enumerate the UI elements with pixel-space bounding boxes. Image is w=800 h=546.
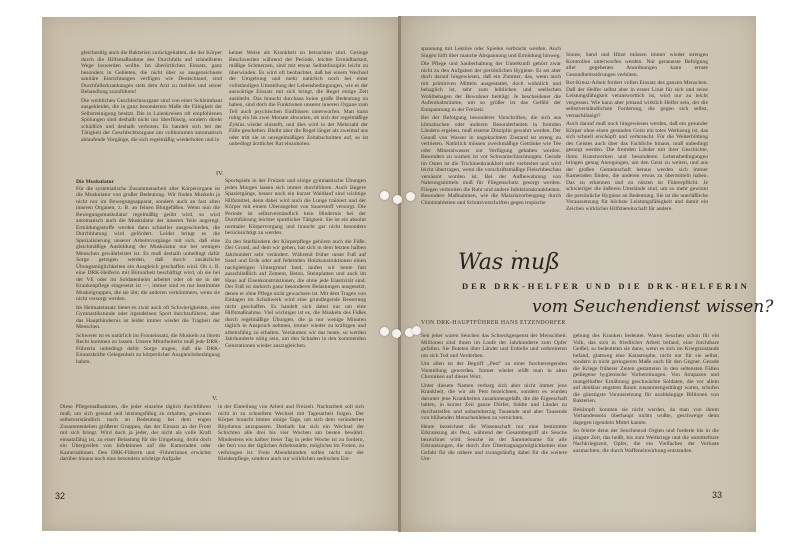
paragraph: gleichzeitig auch die Bakterien zurückge…	[81, 50, 222, 96]
paragraph: Auch darauf muß noch hingewiesen werden,…	[566, 121, 708, 212]
paragraph: Zu den Stiefkindern der Körperpflege geh…	[225, 239, 366, 350]
paragraph: Im Heimateinsatz bietet es zwar auch oft…	[76, 305, 220, 331]
binding-hole	[380, 327, 389, 336]
article-title-line1: Was muß	[458, 250, 560, 275]
section-number-v: V.	[212, 395, 217, 402]
left-mid-col1: Die Muskulatur Für die systematische Zus…	[76, 179, 220, 367]
right-bottom-col2: gebung des Kranken bedeutet. Waren Seuch…	[573, 333, 719, 456]
right-bottom-col1: Seit jeher waren Seuchen das Schreckgesp…	[421, 333, 567, 465]
article-title-line3: vom Seuchendienst wissen?	[532, 297, 773, 317]
paragraph: Sonne, Sand und Hitze müssen immer wiede…	[566, 52, 708, 78]
paragraph: Für die systematische Zusammenarbeit all…	[76, 186, 220, 303]
left-bottom-col2: in der Einteilung von Arbeit und Freizei…	[218, 404, 364, 465]
paragraph: Diese Pflegemaßnahmen, die jeder einzeln…	[60, 404, 211, 463]
page-number-left: 32	[55, 491, 65, 501]
paragraph: Heute bezeichnet die Wissenschaft nur ei…	[421, 424, 567, 463]
binding-hole	[380, 191, 389, 200]
paragraph: Um allen ist der Begriff „Pest" zu einer…	[421, 361, 567, 381]
paragraph: gebung des Kranken bedeutet. Waren Seuch…	[573, 333, 719, 405]
paragraph: Sportspiele in der Freizeit und einige g…	[225, 178, 366, 237]
paragraph: Schwerer ist es natürlich im Fronteinsat…	[76, 333, 220, 366]
paragraph: Rot-Kreuz-Arbeit fordert vollen Einsatz …	[566, 80, 708, 119]
article-title-line2: DER DRK-HELFER UND DIE DRK-HELFERIN	[462, 281, 750, 291]
binding-hole	[412, 326, 421, 335]
left-top-col2: keiner Weise als Krankheit zu betrachten…	[229, 50, 368, 150]
paragraph: spannung mit Lektüre oder Spielen verbra…	[421, 46, 561, 59]
paragraph: in der Einteilung von Arbeit und Freizei…	[218, 404, 364, 463]
right-top-col1: spannung mit Lektüre oder Spielen verbra…	[421, 46, 561, 208]
left-bottom-col1: Diese Pflegemaßnahmen, die jeder einzeln…	[60, 404, 211, 465]
binding-hole	[393, 195, 402, 204]
left-top-col1: gleichzeitig auch die Bakterien zurückge…	[81, 50, 222, 145]
left-mid-col2: Sportspiele in der Freizeit und einige g…	[225, 178, 366, 351]
binding-hole	[392, 329, 401, 338]
paragraph: Die Pflege und Sauberhaltung der Unterku…	[421, 61, 561, 113]
paragraph: Bekämpft konnten sie nicht werden, da ma…	[573, 407, 719, 427]
section-number-iv: IV.	[216, 170, 224, 177]
paragraph: So feierte denn der Seuchentod Orgien un…	[573, 428, 719, 454]
paragraph: Die weiblichen Geschlechtsorgane sind vo…	[81, 98, 222, 144]
paragraph: Unter diesem Namen verbarg sich aber nic…	[421, 383, 567, 422]
paragraph: keiner Weise als Krankheit zu betrachten…	[229, 50, 368, 148]
binding-hole	[406, 192, 415, 201]
paragraph: Seit jeher waren Seuchen das Schreckgesp…	[421, 333, 567, 359]
paragraph: Bei der Befolgung besonderer Vorschrifte…	[421, 115, 561, 206]
author-byline: VON DRK-HAUPTFÜHRER HANS ETZENDORFER	[421, 320, 566, 326]
right-top-col2: Sonne, Sand und Hitze müssen immer wiede…	[566, 52, 708, 214]
page-number-right: 33	[712, 490, 722, 500]
book-spine	[398, 16, 401, 532]
